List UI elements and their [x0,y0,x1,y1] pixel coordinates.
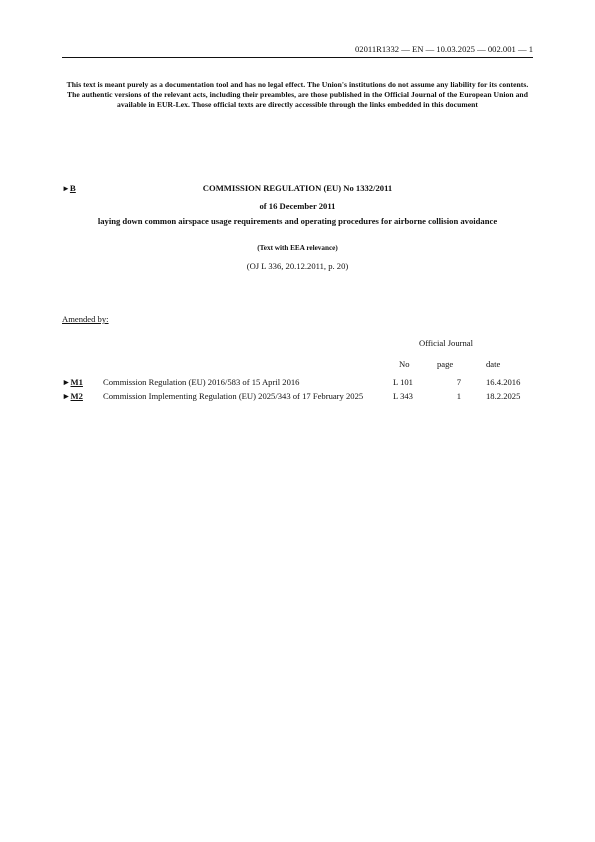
amendment-link-m1[interactable]: M1 [71,377,83,387]
amendment-oj-date: 16.4.2016 [486,377,520,387]
regulation-date: of 16 December 2011 [62,201,533,211]
column-no: No [399,359,410,369]
disclaimer-text: This text is meant purely as a documenta… [62,80,533,111]
amendment-description: Commission Implementing Regulation (EU) … [103,391,389,401]
eea-relevance: (Text with EEA relevance) [62,244,533,252]
triangle-right-icon: ► [62,377,71,387]
amendment-oj-page: 7 [441,377,461,387]
triangle-right-icon: ► [62,391,71,401]
amendment-marker[interactable]: ►M1 [62,377,83,387]
amendment-oj-no: L 343 [393,391,413,401]
column-date: date [486,359,500,369]
official-journal-header: Official Journal [419,338,473,348]
amended-by-label: Amended by: [62,314,109,324]
regulation-title: COMMISSION REGULATION (EU) No 1332/2011 [62,183,533,193]
amendment-description: Commission Regulation (EU) 2016/583 of 1… [103,377,389,387]
amendment-link-m2[interactable]: M2 [71,391,83,401]
amendment-oj-no: L 101 [393,377,413,387]
column-page: page [437,359,453,369]
oj-reference: (OJ L 336, 20.12.2011, p. 20) [62,261,533,271]
document-reference: 02011R1332 — EN — 10.03.2025 — 002.001 —… [355,44,533,54]
amendment-oj-date: 18.2.2025 [486,391,520,401]
amendment-oj-page: 1 [441,391,461,401]
regulation-subject: laying down common airspace usage requir… [62,216,533,227]
document-header: 02011R1332 — EN — 10.03.2025 — 002.001 —… [62,42,533,58]
amendment-marker[interactable]: ►M2 [62,391,83,401]
